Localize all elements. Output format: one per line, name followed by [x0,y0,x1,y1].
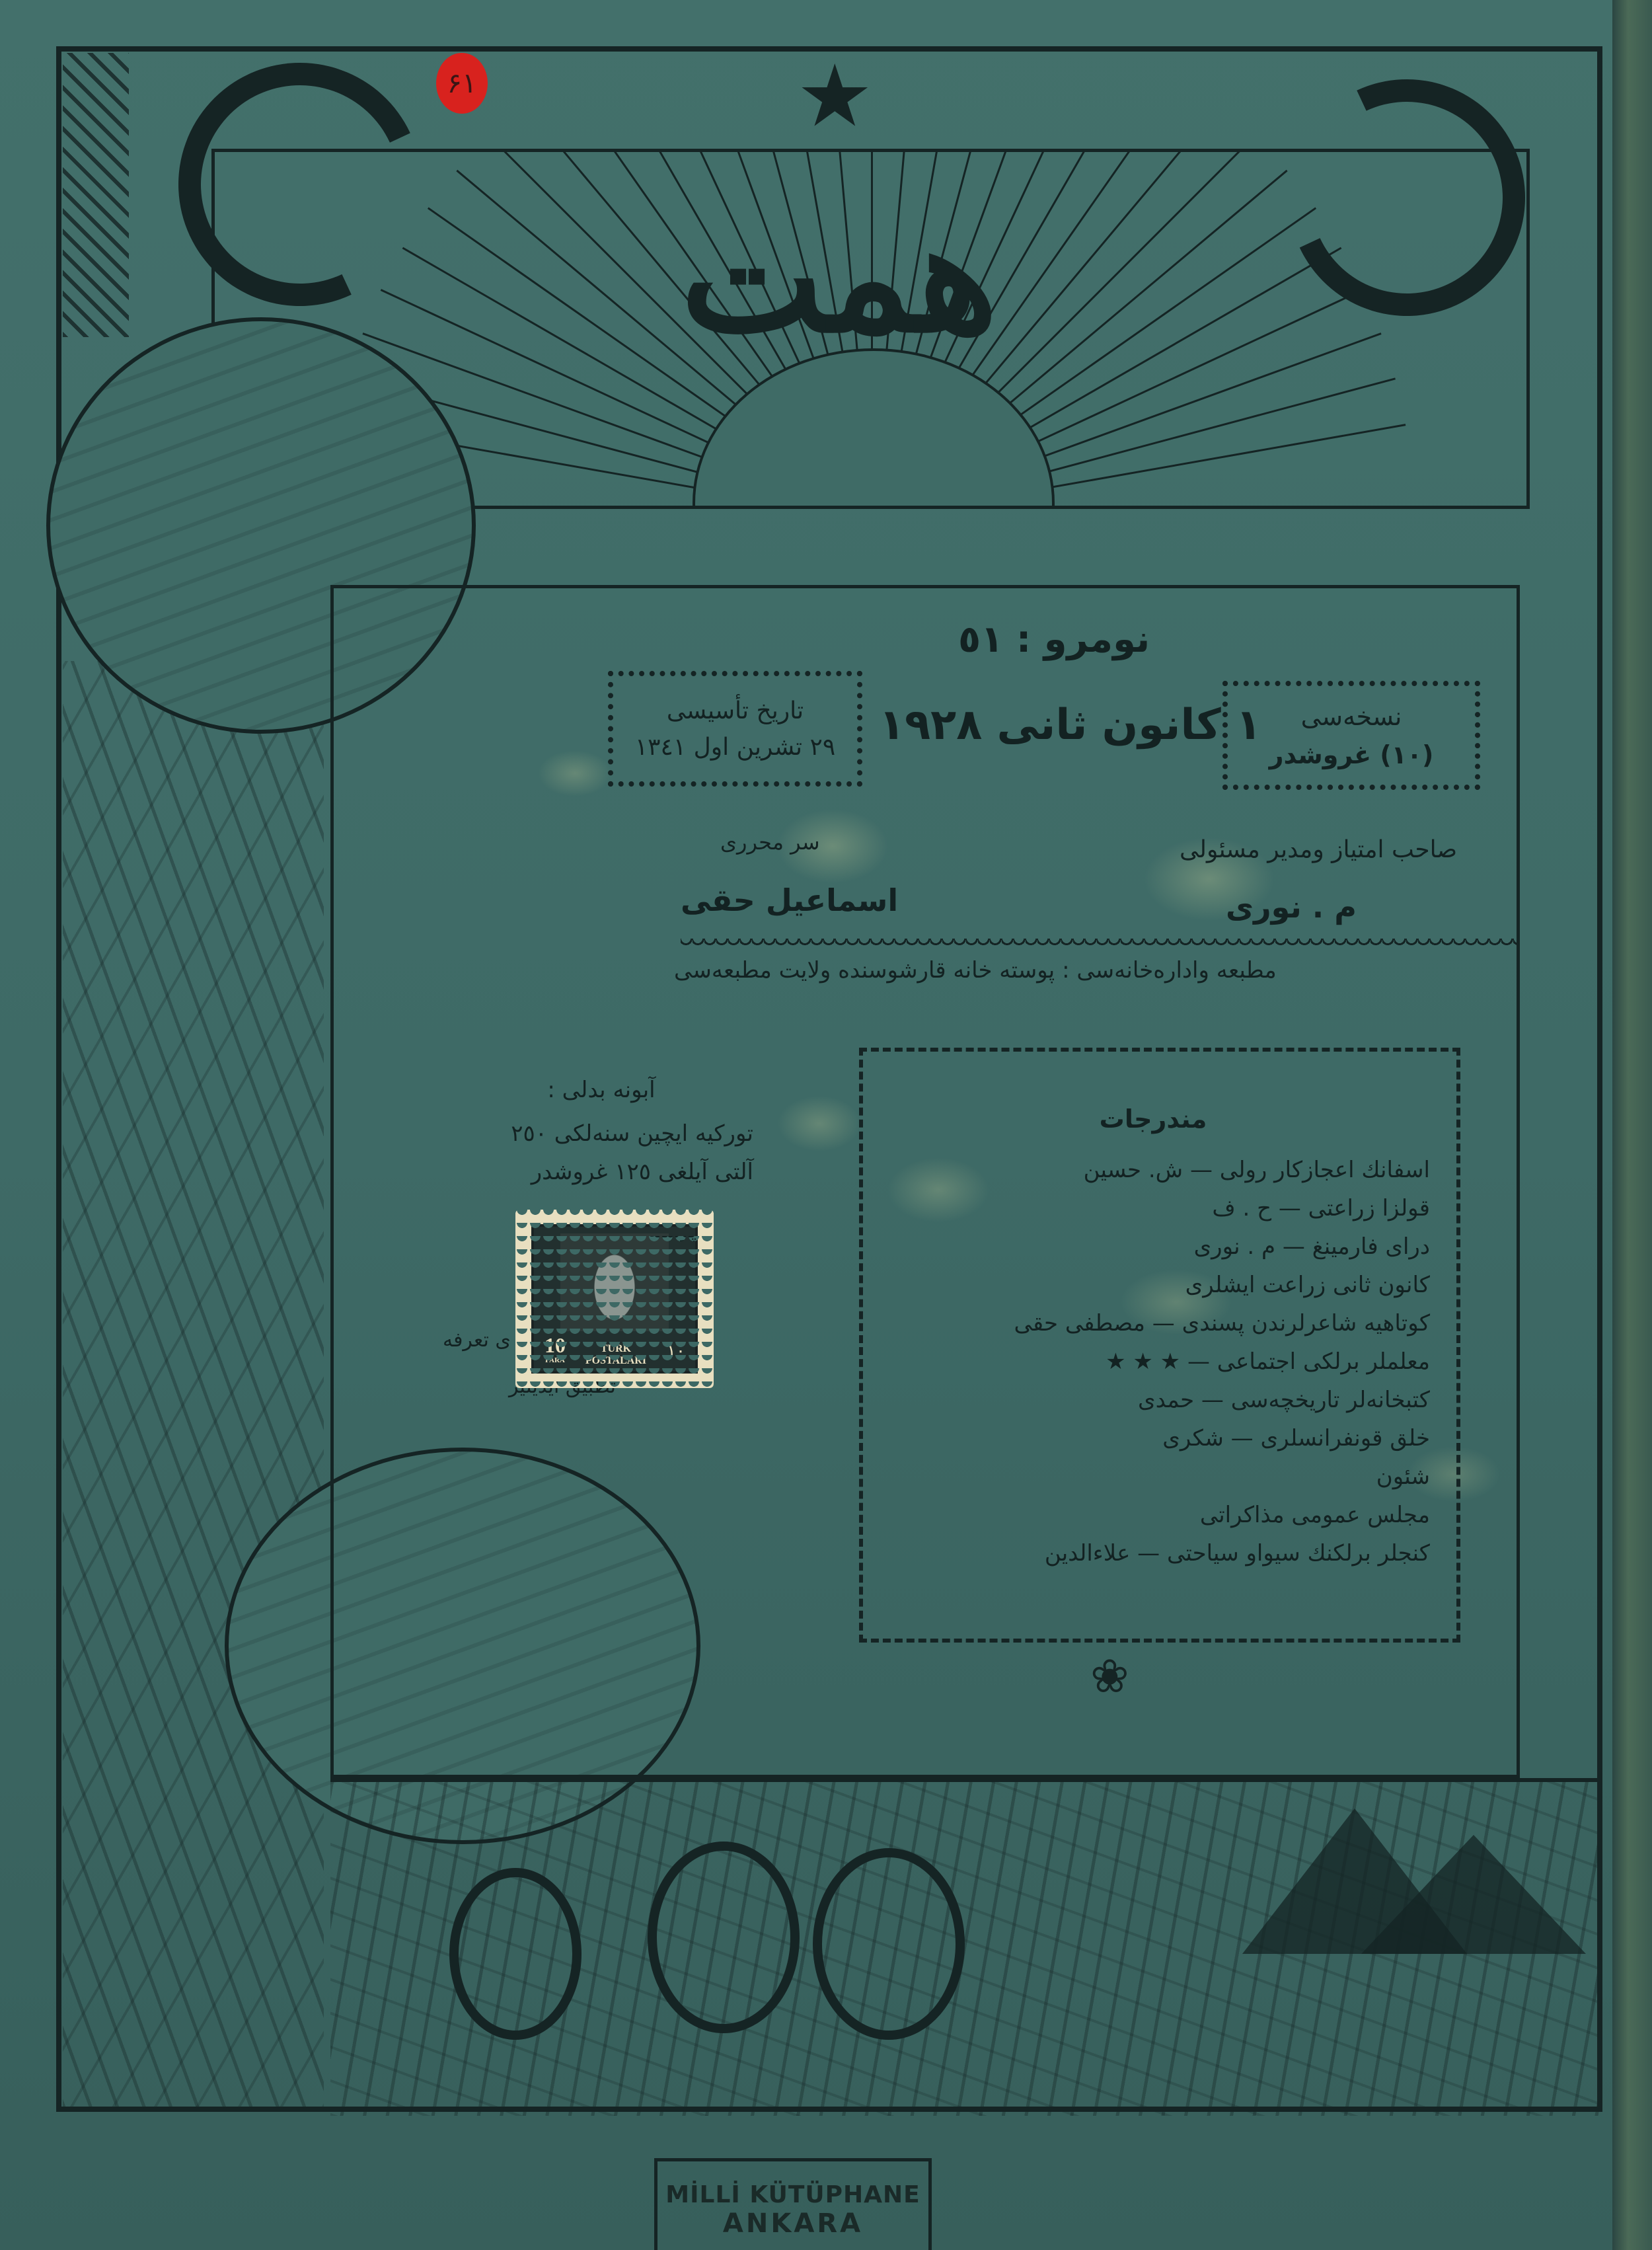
flower-ornament-icon: ❀ [1090,1649,1129,1703]
founding-date-box: تاريخ تأسيسى ٢٩ تشرين اول ١٣٤١ [608,671,862,787]
blacksmith-wolf-stamp-art [560,1233,669,1331]
red-inventory-tag: ۶۱ [436,53,488,114]
star-icon: ★ [796,53,874,139]
subscription-partial-text: ى تعرفه [443,1329,511,1352]
library-city: ANKARA [657,2208,928,2239]
contents-list: اسفانك اعجازكار رولى — ش. حسينقولزا زراع… [876,1157,1430,1566]
subscription-line: آلتى آيلغى ١٢٥ غروشدر [449,1153,753,1191]
mountain-icon [1361,1835,1586,1954]
founding-date-value: ٢٩ تشرين اول ١٣٤١ [635,734,835,761]
stamp-unit: PARA [537,1356,574,1364]
contents-item: كنجلر برلكنك سيواو سياحتى — علاءالدين [876,1541,1430,1566]
issue-date: ١ كانون ثانى ١٩٢٨ [879,701,1261,750]
owner-label: صاحب امتياز ومدير مسئولى [1180,836,1457,863]
contents-item: كتبخانه‌لر تاريخچه‌سى — حمدى [876,1387,1430,1413]
book-spine-edge [1612,0,1652,2250]
founding-date-title: تاريخ تأسيسى [667,697,804,724]
tractor-wheel-icon [449,1868,582,2040]
contents-item: خلق قونفرانسلرى — شكرى [876,1426,1430,1451]
price-box: نسخه‌سى (١٠) غروشدر [1222,681,1480,790]
subscription-info: آبونه بدلى : توركيه ايچين سنه‌لكى ٢٥٠ آل… [449,1071,753,1191]
contents-item: كوتاهيه شاعرلرندن پسندى — مصطفى حقى [876,1311,1430,1336]
wheat-plant-illustration [63,661,324,2109]
masthead-title: همت [542,178,1137,377]
stamp-arabic-denomination: ١٠ [659,1334,693,1368]
contents-item: معلملر برلكى اجتماعى — ★ ★ ★ [876,1349,1430,1374]
tractor-wheel-icon [813,1848,965,2040]
contents-item: اسفانك اعجازكار رولى — ش. حسين [876,1157,1430,1183]
editor-name: اسماعيل حقى [681,882,898,918]
contents-title: مندرجات [876,1105,1430,1134]
wavy-divider [681,939,1520,949]
library-name: MİLLİ KÜTÜPHANE [657,2181,928,2208]
contents-item: مجلس عمومى مذاكراتى [876,1502,1430,1528]
editor-label: سر محررى [720,830,820,855]
farm-machinery-landscape [330,1778,1602,2116]
subscription-line: توركيه ايچين سنه‌لكى ٢٥٠ [449,1114,753,1153]
contents-item: شئون [876,1464,1430,1489]
tractor-wheel-icon [648,1842,800,2033]
issue-number: نومرو : ٥١ [958,618,1150,661]
subscription-heading: آبونه بدلى : [449,1071,753,1109]
stamp-country-text: TÜRK POSTALARI [575,1343,657,1367]
price-title: نسخه‌سى [1301,702,1402,731]
contents-item: دراى فارمينغ — م . نورى [876,1234,1430,1259]
postage-stamp: 10 PARA TÜRK POSTALARI ١٠ [515,1210,714,1388]
press-address-line: مطبعه واداره‌خانه‌سى : پوسته خانه قارشوس… [674,957,1277,984]
table-of-contents: مندرجات اسفانك اعجازكار رولى — ش. حسينقو… [859,1048,1460,1643]
contents-item: قولزا زراعتى — ح . ف [876,1196,1430,1221]
price-value: (١٠) غروشدر [1269,740,1434,769]
decorative-pattern-strip [63,53,129,337]
contents-item: كانون ثانى زراعت ايشلرى [876,1272,1430,1298]
owner-name: م . نورى [1226,889,1357,925]
library-ownership-stamp: MİLLİ KÜTÜPHANE ANKARA [654,2158,932,2250]
stamp-denomination: 10 PARA [537,1334,574,1368]
stamp-face: 10 PARA TÜRK POSTALARI ١٠ [531,1224,698,1374]
